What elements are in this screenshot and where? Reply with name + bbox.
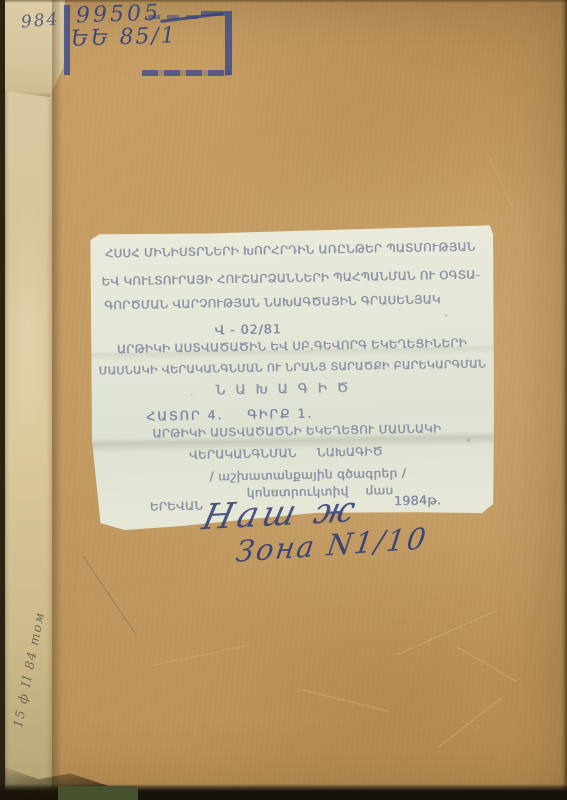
binding-remnant xyxy=(58,786,138,800)
crease-line xyxy=(151,645,249,667)
corner-number: 984 xyxy=(20,9,60,32)
label-line: ՎԵՐԱԿԱՆԳՆՄԱՆ ՆԱԽԱԳԻԾ xyxy=(189,444,383,462)
label-project-word: Ն Ա Խ Ա Գ Ի Ծ xyxy=(216,381,351,398)
label-year: 1984թ. xyxy=(394,492,442,508)
label-line: ԵՎ ԿՈՒԼՏՈՒՐԱՅԻ ՀՈՒՇԱՐՁԱՆՆԵՐԻ ՊԱՀՊԱՆՄԱՆ Ո… xyxy=(88,267,494,288)
label-doc-code: Վ - 02/81 xyxy=(215,321,282,337)
pencil-stroke xyxy=(83,556,137,635)
document-cover-scan: 99505 ԵԵ 85/1 984 ՀՍՍՀ ՄԻՆԻՍՏՐՆԵՐԻ ԽՈՐՀՐ… xyxy=(0,0,567,800)
stamp-left-bar xyxy=(64,5,70,75)
spine-shadow xyxy=(52,0,62,800)
label-volume-book: ՀԱՏՈՐ 4. ԳԻՐՔ 1. xyxy=(146,406,313,424)
crease-line xyxy=(487,153,513,208)
label-line: ԱՐԹԻԿԻ ԱՍՏՎԱԾԱԾԻՆ ԵՎ ՍԲ.ԳԵՎՈՐԳ ԵԿԵՂԵՑԻՆԵ… xyxy=(89,335,495,356)
label-line: ԱՐԹԻԿԻ ԱՍՏՎԱԾԱԾՆԻ ԵԿԵՂԵՑՈՒ ՄԱՍՆԱԿԻ xyxy=(153,421,442,440)
label-drawings-note: / աշխատանքային գծագրեր / xyxy=(209,466,406,484)
crease-line xyxy=(438,697,502,747)
left-edge xyxy=(0,0,5,800)
stamp-right-bar xyxy=(225,11,232,75)
crease-line xyxy=(456,647,517,683)
typewritten-label: ՀՍՍՀ ՄԻՆԻՍՏՐՆԵՐԻ ԽՈՐՀՐԴԻՆ ԱՌԸՆԹԵՐ ՊԱՏՄՈՒ… xyxy=(87,225,498,530)
label-line: ՀՍՍՀ ՄԻՆԻՍՏՐՆԵՐԻ ԽՈՐՀՐԴԻՆ ԱՌԸՆԹԵՐ ՊԱՏՄՈՒ… xyxy=(87,239,493,260)
inventory-code: ԵԵ 85/1 xyxy=(71,23,178,52)
crease-line xyxy=(301,689,389,712)
stamp-bottom-dashes xyxy=(142,70,230,76)
label-line: ՄԱՍՆԱԿԻ ՎԵՐԱԿԱՆԳՆՄԱՆ ՈՒ ՆՐԱՆՑ ՏԱՐԱԾՔԻ ԲԱ… xyxy=(89,357,495,377)
label-city: ԵՐԵՎԱՆ xyxy=(150,499,203,514)
label-line: ԳՈՐԾՄԱՆ ՎԱՐՉՈՒԹՅԱՆ ՆԱԽԱԳԾԱՅԻՆ ԳՐԱՍԵՆՅԱԿ xyxy=(104,292,441,312)
right-edge xyxy=(561,0,567,800)
crease-line xyxy=(397,610,498,656)
